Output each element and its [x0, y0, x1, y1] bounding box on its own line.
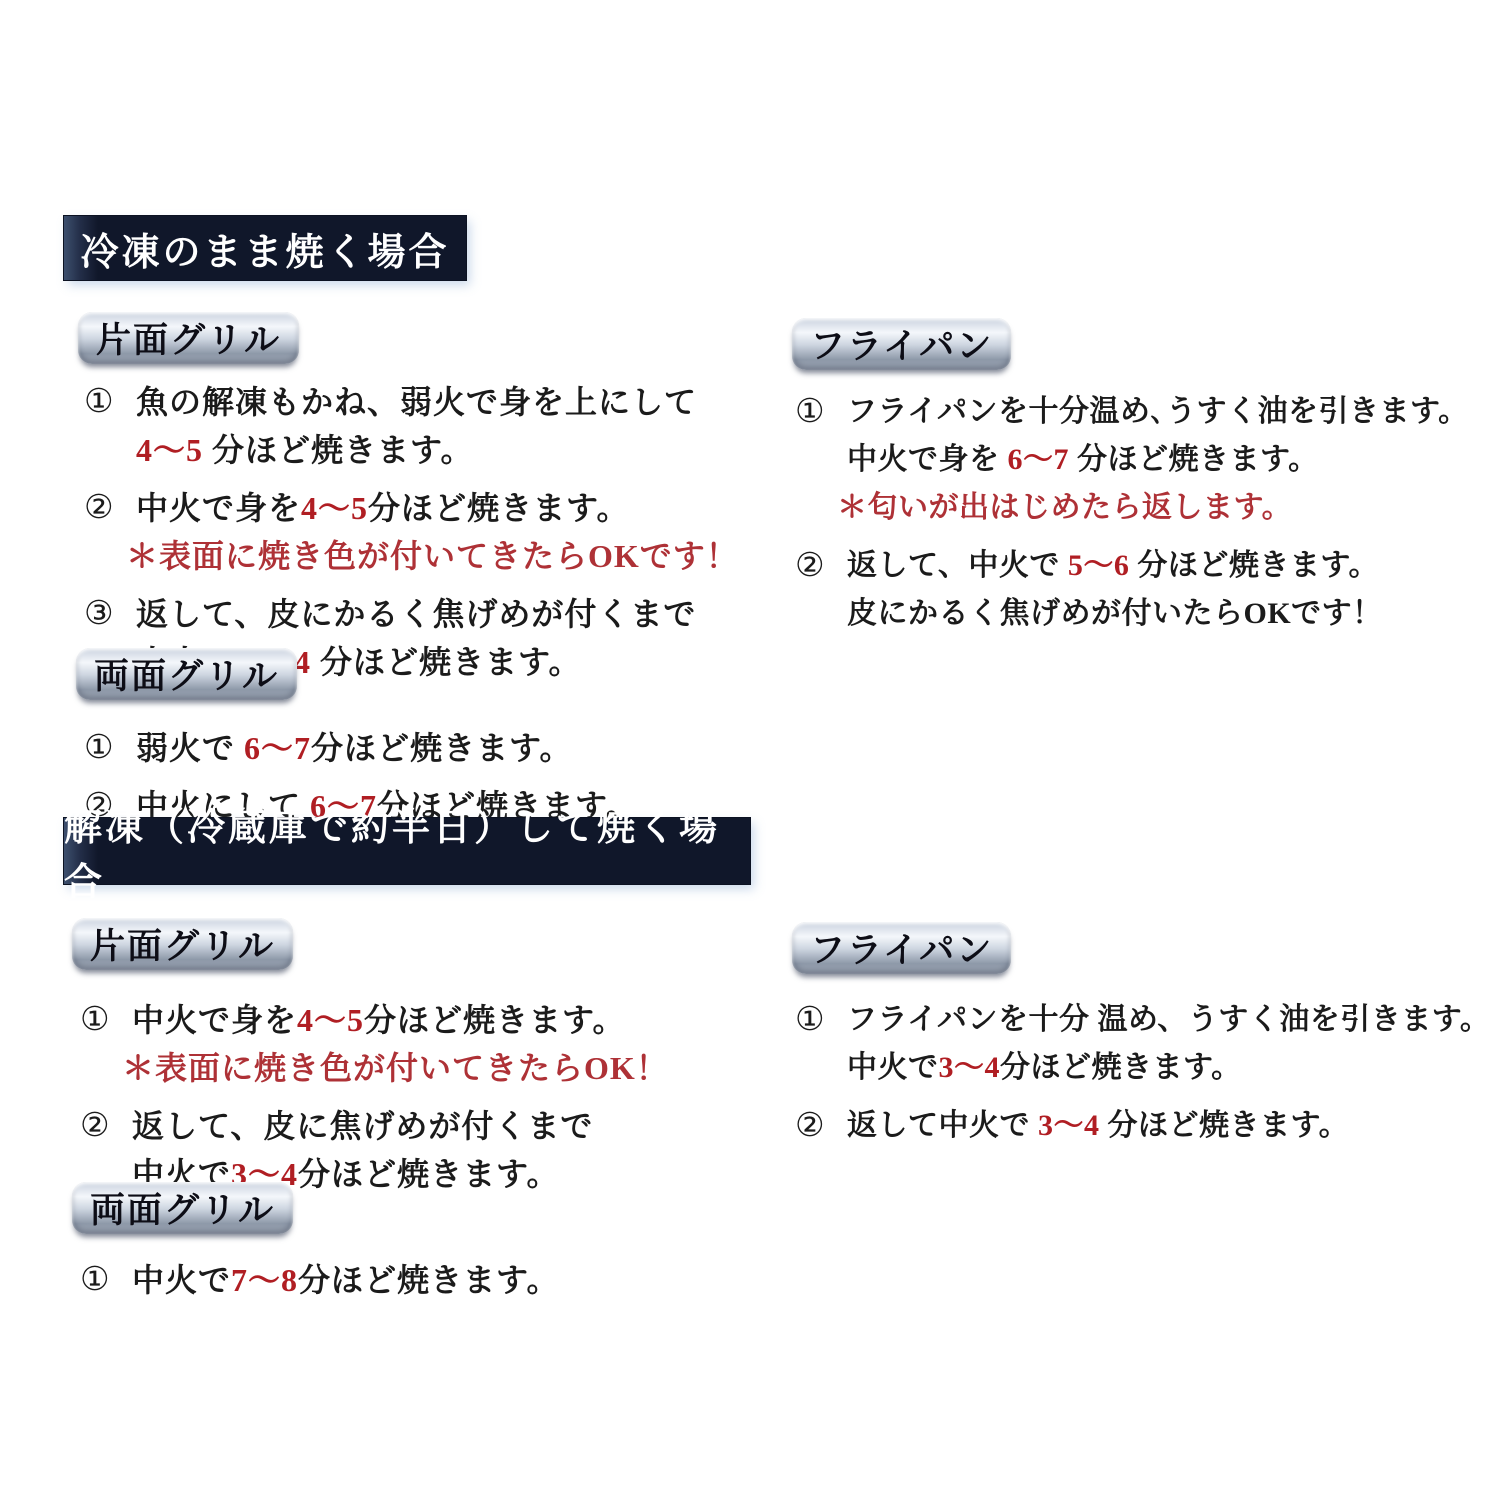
step-number: ③ [84, 590, 120, 638]
step-text-line: 4～5 分ほど焼きます。 [136, 426, 724, 474]
subsection-pill-single-grill-2: 片面グリル [72, 918, 293, 970]
step-item: ①フライパンを十分温め､うすく油を引きます。中火で身を 6～7 分ほど焼きます。… [795, 388, 1495, 532]
section-title: 解凍（冷蔵庫で約半日）して焼く場合 [64, 796, 750, 906]
step-text-line: 返して、皮にかるく焦げめが付くまで [136, 590, 724, 638]
subsection-pill-double-grill-2: 両面グリル [72, 1182, 293, 1234]
highlight-duration: 4～5 [136, 432, 203, 468]
steps-frypan-1: ①フライパンを十分温め､うすく油を引きます。中火で身を 6～7 分ほど焼きます。… [795, 388, 1495, 648]
step-note-line: ＊表面に焼き色が付いてきたらOK！ [122, 1044, 720, 1092]
subsection-label: 片面グリル [96, 313, 281, 363]
step-item: ①中火で7～8分ほど焼きます。 [80, 1256, 720, 1304]
step-text-line: 皮にかるく焦げめが付いたらOKです！ [847, 590, 1495, 638]
step-item: ①フライパンを十分 温め、うすく油を引きます。中火で3～4分ほど焼きます。 [795, 996, 1495, 1092]
step-text: 返して、中火で [847, 549, 1068, 582]
subsection-pill-single-grill-1: 片面グリル [78, 312, 299, 364]
subsection-pill-double-grill-1: 両面グリル [76, 648, 297, 700]
step-text: 分ほど焼きます。 [1069, 443, 1319, 476]
step-number: ① [80, 996, 116, 1044]
subsection-pill-frypan-1: フライパン [792, 318, 1011, 370]
step-text-line: 中火で3～4分ほど焼きます。 [847, 1044, 1495, 1092]
step-lines: 魚の解凍もかね、弱火で身を上にして4～5 分ほど焼きます。 [136, 378, 724, 474]
highlight-duration: 7～8 [231, 1262, 298, 1298]
step-text: 弱火で [136, 730, 244, 766]
step-lines: 返して、中火で 5～6 分ほど焼きます。皮にかるく焦げめが付いたらOKです！ [847, 542, 1495, 638]
step-item: ①弱火で 6～7分ほど焼きます。 [84, 724, 724, 772]
step-text: 返して中火で [847, 1109, 1038, 1142]
subsection-label: 片面グリル [90, 919, 275, 969]
subsection-label: 両面グリル [94, 649, 279, 699]
step-item: ①中火で身を4～5分ほど焼きます。＊表面に焼き色が付いてきたらOK！ [80, 996, 720, 1092]
step-text-line: 魚の解凍もかね、弱火で身を上にして [136, 378, 724, 426]
step-text: 分ほど焼きます。 [298, 1262, 559, 1298]
step-text-line: 返して、中火で 5～6 分ほど焼きます。 [847, 542, 1495, 590]
step-lines: 中火で7～8分ほど焼きます。 [132, 1256, 720, 1304]
note-text: ＊表面に焼き色が付いてきたらOK！ [122, 1050, 669, 1086]
step-text-line: 中火で身を4～5分ほど焼きます。 [136, 484, 739, 532]
step-text: 中火で身を [136, 490, 301, 526]
cooking-instructions-page: 冷凍のまま焼く場合 片面グリル ①魚の解凍もかね、弱火で身を上にして4～5 分ほ… [0, 0, 1500, 1500]
step-text-line: 弱火で 6～7分ほど焼きます。 [136, 724, 724, 772]
highlight-duration: 6～7 [1008, 443, 1070, 476]
section-banner-thawed: 解凍（冷蔵庫で約半日）して焼く場合 [64, 818, 750, 884]
step-text-line: 返して中火で 3～4 分ほど焼きます。 [847, 1102, 1495, 1150]
step-note-line: ＊表面に焼き色が付いてきたらOKです！ [126, 532, 739, 580]
step-lines: フライパンを十分 温め、うすく油を引きます。中火で3～4分ほど焼きます。 [847, 996, 1495, 1092]
step-text-line: 中火で身を4～5分ほど焼きます。 [132, 996, 720, 1044]
step-text-line: 返して、皮に焦げめが付くまで [132, 1102, 720, 1150]
step-text: 分ほど焼きます。 [203, 432, 473, 468]
step-text: 中火で [132, 1262, 231, 1298]
step-text: 魚の解凍もかね、弱火で身を上にして [136, 384, 697, 420]
step-text: 分ほど焼きます。 [311, 644, 581, 680]
step-number: ② [795, 1102, 831, 1150]
step-lines: 中火で身を4～5分ほど焼きます。＊表面に焼き色が付いてきたらOKです！ [136, 484, 739, 580]
highlight-duration: 3～4 [1038, 1109, 1100, 1142]
step-text-line: フライパンを十分温め､うすく油を引きます。 [847, 388, 1495, 436]
step-item: ②返して、中火で 5～6 分ほど焼きます。皮にかるく焦げめが付いたらOKです！ [795, 542, 1495, 638]
step-lines: 中火で身を4～5分ほど焼きます。＊表面に焼き色が付いてきたらOK！ [132, 996, 720, 1092]
step-number: ① [84, 724, 120, 772]
step-text: 中火で身を [132, 1002, 297, 1038]
step-text: 分ほど焼きます。 [1000, 1051, 1242, 1084]
step-note-line: ＊匂いが出はじめたら返します。 [837, 484, 1495, 532]
step-number: ① [84, 378, 120, 426]
step-text-line: 中火で身を 6～7 分ほど焼きます。 [847, 436, 1495, 484]
step-text: 分ほど焼きます。 [1100, 1109, 1350, 1142]
step-text: フライパンを十分 温め、うすく油を引きます。 [847, 1003, 1490, 1036]
step-text-line: 中火で7～8分ほど焼きます。 [132, 1256, 720, 1304]
step-item: ②返して中火で 3～4 分ほど焼きます。 [795, 1102, 1495, 1150]
step-number: ① [795, 388, 831, 436]
step-number: ① [795, 996, 831, 1044]
step-text: フライパンを十分温め､うすく油を引きます。 [847, 395, 1469, 428]
step-text-line: フライパンを十分 温め、うすく油を引きます。 [847, 996, 1495, 1044]
note-text: ＊匂いが出はじめたら返します。 [837, 491, 1292, 524]
highlight-duration: 4～5 [301, 490, 368, 526]
step-text: 中火で身を [847, 443, 1008, 476]
section-banner-frozen: 冷凍のまま焼く場合 [64, 216, 466, 280]
step-number: ① [80, 1256, 116, 1304]
highlight-duration: 4～5 [297, 1002, 364, 1038]
step-text: 分ほど焼きます。 [311, 730, 572, 766]
note-text: ＊表面に焼き色が付いてきたらOKです！ [126, 538, 739, 574]
subsection-pill-frypan-2: フライパン [792, 922, 1011, 974]
subsection-label: 両面グリル [90, 1183, 275, 1233]
section-title: 冷凍のまま焼く場合 [80, 221, 449, 276]
step-text: 返して、皮にかるく焦げめが付くまで [136, 596, 696, 632]
steps-single-grill-2: ①中火で身を4～5分ほど焼きます。＊表面に焼き色が付いてきたらOK！②返して、皮… [80, 996, 720, 1208]
step-number: ② [84, 484, 120, 532]
step-item: ①魚の解凍もかね、弱火で身を上にして4～5 分ほど焼きます。 [84, 378, 724, 474]
step-text: 皮にかるく焦げめが付いたらOKです！ [847, 597, 1383, 630]
subsection-label: フライパン [810, 319, 993, 369]
step-text: 中火で [847, 1051, 939, 1084]
highlight-duration: 3～4 [939, 1051, 1001, 1084]
step-number: ② [795, 542, 831, 590]
step-text: 分ほど焼きます。 [1129, 549, 1379, 582]
step-number: ② [80, 1102, 116, 1150]
step-text: 返して、皮に焦げめが付くまで [132, 1108, 593, 1144]
step-text: 分ほど焼きます。 [364, 1002, 625, 1038]
subsection-label: フライパン [810, 923, 993, 973]
step-lines: 弱火で 6～7分ほど焼きます。 [136, 724, 724, 772]
step-lines: 返して中火で 3～4 分ほど焼きます。 [847, 1102, 1495, 1150]
steps-double-grill-2: ①中火で7～8分ほど焼きます。 [80, 1256, 720, 1314]
step-lines: フライパンを十分温め､うすく油を引きます。中火で身を 6～7 分ほど焼きます。＊… [847, 388, 1495, 532]
steps-frypan-2: ①フライパンを十分 温め、うすく油を引きます。中火で3～4分ほど焼きます。②返し… [795, 996, 1495, 1160]
step-item: ②中火で身を4～5分ほど焼きます。＊表面に焼き色が付いてきたらOKです！ [84, 484, 724, 580]
highlight-duration: 6～7 [244, 730, 311, 766]
step-text: 分ほど焼きます。 [368, 490, 629, 526]
step-text: 分ほど焼きます。 [298, 1156, 559, 1192]
highlight-duration: 5～6 [1068, 549, 1130, 582]
